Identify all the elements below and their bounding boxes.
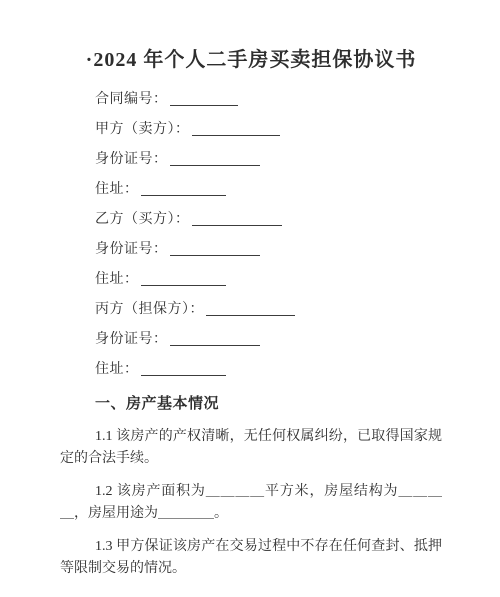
field-row: 身份证号： [95,151,442,168]
field-label: 合同编号： [95,92,168,107]
field-label: 丙方（担保方）： [95,302,204,317]
blank-underline [170,243,260,256]
section-heading-property-basic-info: 一、房产基本情况 [95,395,442,413]
clause-paragraph: 1.1 该房产的产权清晰，无任何权属纠纷，已取得国家规定的合法手续。 [60,426,442,470]
field-label: 身份证号： [95,242,168,257]
clause-paragraph: 1.3 甲方保证该房产在交易过程中不存在任何查封、抵押等限制交易的情况。 [60,536,442,580]
field-label: 住址： [95,272,139,287]
blank-underline [141,273,226,286]
party-info-fields: 合同编号：甲方（卖方）：身份证号：住址：乙方（买方）：身份证号：住址：丙方（担保… [60,91,442,378]
blank-underline [141,363,226,376]
field-row: 住址： [95,271,442,288]
document-title: ·2024 年个人二手房买卖担保协议书 [60,46,442,74]
field-label: 甲方（卖方）： [95,122,190,137]
blank-underline [170,93,238,106]
field-row: 身份证号： [95,241,442,258]
field-label: 住址： [95,182,139,197]
blank-underline [141,183,226,196]
section-clauses: 1.1 该房产的产权清晰，无任何权属纠纷，已取得国家规定的合法手续。1.2 该房… [60,426,442,580]
field-row: 身份证号： [95,331,442,348]
field-row: 丙方（担保方）： [95,301,442,318]
field-label: 乙方（买方）： [95,212,190,227]
blank-underline [192,123,280,136]
blank-underline [170,153,260,166]
blank-underline [170,333,260,346]
field-label: 身份证号： [95,332,168,347]
field-row: 住址： [95,181,442,198]
field-row: 乙方（买方）： [95,211,442,228]
field-label: 住址： [95,362,139,377]
contract-document-page: ·2024 年个人二手房买卖担保协议书 合同编号：甲方（卖方）：身份证号：住址：… [0,0,500,597]
field-row: 住址： [95,361,442,378]
field-row: 合同编号： [95,91,442,108]
blank-underline [206,303,295,316]
blank-underline [192,213,282,226]
clause-paragraph: 1.2 该房产面积为＿＿＿＿平方米，房屋结构为＿＿＿＿，房屋用途为＿＿＿＿。 [60,481,442,525]
field-label: 身份证号： [95,152,168,167]
field-row: 甲方（卖方）： [95,121,442,138]
